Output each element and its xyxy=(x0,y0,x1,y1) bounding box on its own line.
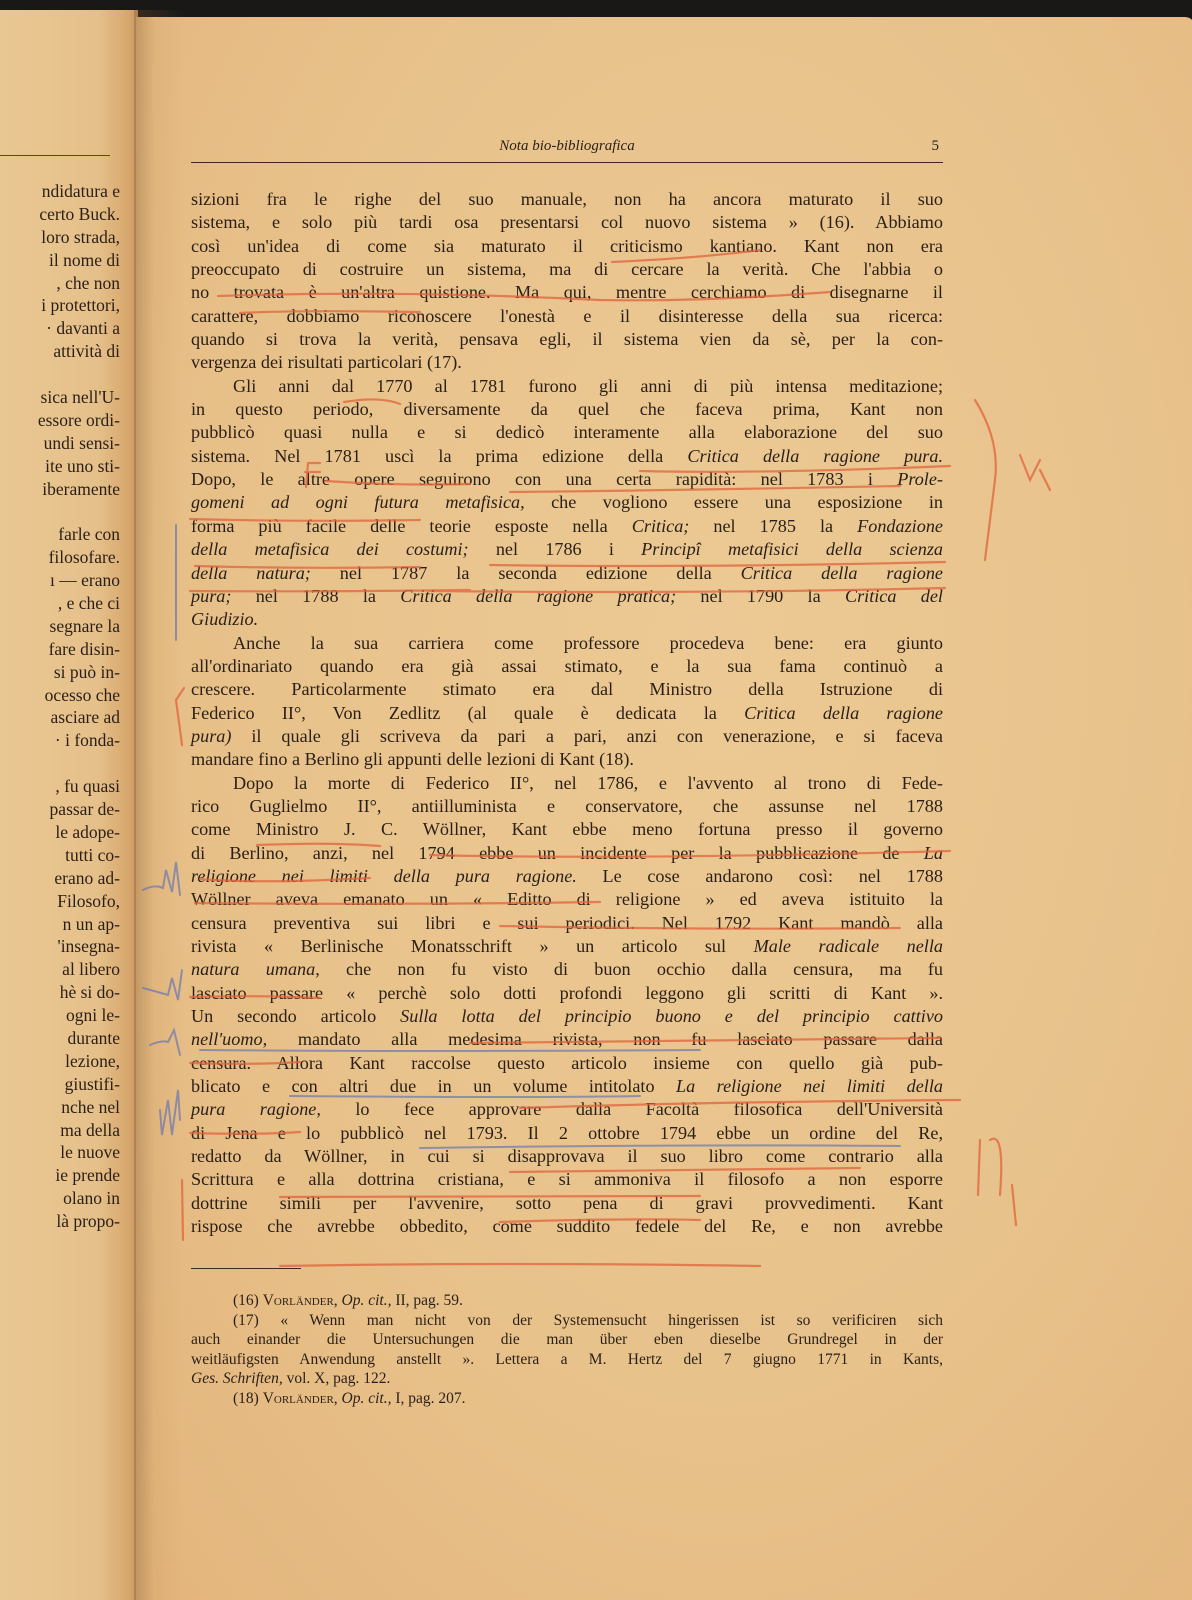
left-page-line: farle con xyxy=(0,523,120,546)
left-page-line: si può in- xyxy=(0,661,120,684)
italic-title: Prole- xyxy=(897,469,943,489)
body-text-run: Dopo, le altre opere seguirono con una c… xyxy=(191,469,897,489)
italic-title: Critica; xyxy=(632,516,690,536)
footnote-run: I, pag. 207. xyxy=(391,1390,465,1407)
left-page-line: durante xyxy=(0,1027,120,1050)
left-page-line: tutti co- xyxy=(0,844,120,867)
left-page-line: 'insegna- xyxy=(0,935,120,958)
italic-title: La xyxy=(924,843,943,863)
body-line: Anche la sua carriera come professore pr… xyxy=(191,632,943,655)
body-text-run: in questo periodo, diversamente da quel … xyxy=(191,399,943,419)
body-text-run: no trovata è un'altra quistione. Ma qui,… xyxy=(191,282,943,302)
body-line: carattere, dobbiamo riconoscere l'onestà… xyxy=(191,305,943,328)
body-line: religione nei limiti della pura ragione.… xyxy=(191,865,943,888)
body-line: Un secondo articolo Sulla lotta del prin… xyxy=(191,1005,943,1028)
body-line: di Berlino, anzi, nel 1794 ebbe un incid… xyxy=(191,842,943,865)
left-page-line: certo Buck. xyxy=(0,203,120,226)
left-page-line: asciare ad xyxy=(0,706,120,729)
left-page-line: attività di xyxy=(0,340,120,363)
left-page-line: ocesso che xyxy=(0,684,120,707)
body-text-run: Wöllner aveva emanato un « Editto di rel… xyxy=(191,889,943,909)
left-page-line: erano ad- xyxy=(0,867,120,890)
footnote-line: (16) Vorländer, Op. cit., II, pag. 59. xyxy=(191,1291,943,1311)
body-text-run: Un secondo articolo xyxy=(191,1006,400,1026)
left-page-header-rule xyxy=(0,155,110,156)
body-line: vergenza dei risultati particolari (17). xyxy=(191,351,943,374)
body-line: forma più facile delle teorie esposte ne… xyxy=(191,515,943,538)
body-text-run: forma più facile delle teorie esposte ne… xyxy=(191,516,632,536)
left-page-line: ie prende xyxy=(0,1164,120,1187)
body-line: pura; nel 1788 la Critica della ragione … xyxy=(191,585,943,608)
left-page-line: loro strada, xyxy=(0,226,120,249)
body-text-run: sistema. Nel 1781 uscì la prima edizione… xyxy=(191,446,687,466)
body-line: Wöllner aveva emanato un « Editto di rel… xyxy=(191,888,943,911)
running-header: Nota bio-bibliografica 5 xyxy=(191,136,943,163)
body-text-run: censura preventiva sui libri e sui perio… xyxy=(191,913,943,933)
body-line: quando si trova la verità, pensava egli,… xyxy=(191,328,943,351)
body-line: rico Guglielmo II°, antiilluminista e co… xyxy=(191,795,943,818)
left-page-line: giustifi- xyxy=(0,1073,120,1096)
left-page-line: ite uno sti- xyxy=(0,455,120,478)
left-page-line xyxy=(0,752,120,775)
body-text-run: dottrine simili per l'avvenire, sotto pe… xyxy=(191,1193,943,1213)
body-line: Federico II°, Von Zedlitz (al quale è de… xyxy=(191,702,943,725)
body-line: come Ministro J. C. Wöllner, Kant ebbe m… xyxy=(191,818,943,841)
footnote-run: II, pag. 59. xyxy=(391,1292,462,1309)
body-text-run: nel 1790 la xyxy=(676,586,845,606)
left-facing-page: ndidatura ecerto Buck.loro strada,il nom… xyxy=(0,10,138,1600)
body-text-run: rico Guglielmo II°, antiilluminista e co… xyxy=(191,796,943,816)
body-text-run: nel 1785 la xyxy=(689,516,857,536)
body-line: sizioni fra le righe del suo manuale, no… xyxy=(191,188,943,211)
body-line: blicato e con altri due in un volume int… xyxy=(191,1075,943,1098)
footnote-run: (18) xyxy=(233,1390,263,1407)
body-text-run: così un'idea di come sia maturato il cri… xyxy=(191,236,943,256)
body-text-run: Scrittura e alla dottrina cristiana, e s… xyxy=(191,1169,943,1189)
body-line: sistema. Nel 1781 uscì la prima edizione… xyxy=(191,445,943,468)
italic-title: religione nei limiti della pura ragione. xyxy=(191,866,577,886)
body-text-run: che non fu visto di buon occhio dalla ce… xyxy=(320,959,943,979)
body-text-run: nel 1786 i xyxy=(469,539,642,559)
italic-title: della natura; xyxy=(191,563,311,583)
body-line: pura) il quale gli scriveva da pari a pa… xyxy=(191,725,943,748)
body-line: all'ordinariato quando era già assai sti… xyxy=(191,655,943,678)
body-text-run: Federico II°, Von Zedlitz (al quale è de… xyxy=(191,703,744,723)
body-text-run: sizioni fra le righe del suo manuale, no… xyxy=(191,189,943,209)
footnote-run: (16) xyxy=(233,1292,263,1309)
running-header-title: Nota bio-bibliografica xyxy=(191,138,943,155)
body-text-run: rivista « Berlinische Monatsschrift » un… xyxy=(191,936,754,956)
left-page-line: iberamente xyxy=(0,478,120,501)
footnote-line: Ges. Schriften, vol. X, pag. 122. xyxy=(191,1369,943,1389)
body-text-run: censura. Allora Kant raccolse questo art… xyxy=(191,1053,943,1073)
body-text-run: mandare fino a Berlino gli appunti delle… xyxy=(191,749,634,769)
body-line: preoccupato di costruire un sistema, ma … xyxy=(191,258,943,281)
italic-title: natura umana, xyxy=(191,959,320,979)
main-body-text: sizioni fra le righe del suo manuale, no… xyxy=(191,188,943,1238)
left-page-line: hè si do- xyxy=(0,981,120,1004)
body-line: in questo periodo, diversamente da quel … xyxy=(191,398,943,421)
body-text-run: redatto da Wöllner, in cui si disapprova… xyxy=(191,1146,943,1166)
body-line: Dopo la morte di Federico II°, nel 1786,… xyxy=(191,772,943,795)
body-line: rispose che avrebbe obbedito, come suddi… xyxy=(191,1215,943,1238)
body-line: nell'uomo, mandato alla medesima rivista… xyxy=(191,1028,943,1051)
italic-title: Giudizio. xyxy=(191,609,258,629)
body-line: censura. Allora Kant raccolse questo art… xyxy=(191,1052,943,1075)
body-line: natura umana, che non fu visto di buon o… xyxy=(191,958,943,981)
footnotes: (16) Vorländer, Op. cit., II, pag. 59.(1… xyxy=(191,1291,943,1408)
body-text-run: blicato e con altri due in un volume int… xyxy=(191,1076,676,1096)
body-line: lasciato passare « perchè solo dotti pro… xyxy=(191,982,943,1005)
body-line: della natura; nel 1787 la seconda edizio… xyxy=(191,562,943,585)
left-page-line: ogni le- xyxy=(0,1004,120,1027)
left-page-line: le nuove xyxy=(0,1141,120,1164)
footnote-separator xyxy=(191,1268,301,1269)
italic-title: Critica della ragione xyxy=(744,703,943,723)
left-page-line: al libero xyxy=(0,958,120,981)
body-text-run: lo fece approvare dalla Facoltà filosofi… xyxy=(321,1099,943,1119)
left-page-line: segnare la xyxy=(0,615,120,638)
body-text-run: pubblicò quasi nulla e si dedicò interam… xyxy=(191,422,943,442)
body-text-run: sistema, e solo più tardi osa presentars… xyxy=(191,212,943,232)
body-line: no trovata è un'altra quistione. Ma qui,… xyxy=(191,281,943,304)
body-text-run: nel 1788 la xyxy=(231,586,400,606)
footnote-line: (17) « Wenn man nicht von der Systemensu… xyxy=(191,1311,943,1331)
left-page-line: lezione, xyxy=(0,1050,120,1073)
body-line: pura ragione, lo fece approvare dalla Fa… xyxy=(191,1098,943,1121)
body-text-run: Dopo la morte di Federico II°, nel 1786,… xyxy=(233,773,943,793)
italic-title: Critica della ragione xyxy=(741,563,943,583)
body-line: Dopo, le altre opere seguirono con una c… xyxy=(191,468,943,491)
left-page-line: ndidatura e xyxy=(0,180,120,203)
book-gutter xyxy=(134,10,184,1600)
body-text-run: preoccupato di costruire un sistema, ma … xyxy=(191,259,943,279)
body-text-run: nel 1787 la seconda edizione della xyxy=(311,563,741,583)
left-page-line: · davanti a xyxy=(0,317,120,340)
left-page-line: n un ap- xyxy=(0,913,120,936)
body-line: dottrine simili per l'avvenire, sotto pe… xyxy=(191,1192,943,1215)
left-page-line: undi sensi- xyxy=(0,432,120,455)
left-page-line: là propo- xyxy=(0,1210,120,1233)
body-text-run: crescere. Particolarmente stimato era da… xyxy=(191,679,943,699)
left-page-line: fare disin- xyxy=(0,638,120,661)
left-page-line: i protettori, xyxy=(0,294,120,317)
italic-title: pura; xyxy=(191,586,231,606)
body-line: mandare fino a Berlino gli appunti delle… xyxy=(191,748,943,771)
italic-title: pura ragione, xyxy=(191,1099,321,1119)
footnote-run: Op. cit., xyxy=(342,1390,392,1407)
body-text-run: come Ministro J. C. Wöllner, Kant ebbe m… xyxy=(191,819,943,839)
italic-title: Sulla lotta del principio buono e del pr… xyxy=(400,1006,943,1026)
body-text-run: lasciato passare « perchè solo dotti pro… xyxy=(191,983,943,1003)
body-line: Gli anni dal 1770 al 1781 furono gli ann… xyxy=(191,375,943,398)
body-line: pubblicò quasi nulla e si dedicò interam… xyxy=(191,421,943,444)
body-line: crescere. Particolarmente stimato era da… xyxy=(191,678,943,701)
footnote-run: vol. X, pag. 122. xyxy=(283,1370,391,1387)
footnote-run: weitläufigsten Anwendung anstellt ». Let… xyxy=(191,1351,943,1368)
italic-title: Male radicale nella xyxy=(754,936,943,956)
body-line: della metafisica dei costumi; nel 1786 i… xyxy=(191,538,943,561)
body-line: di Jena e lo pubblicò nel 1793. Il 2 ott… xyxy=(191,1122,943,1145)
italic-title: Critica della ragione pratica; xyxy=(400,586,676,606)
body-text-run: di Berlino, anzi, nel 1794 ebbe un incid… xyxy=(191,843,924,863)
footnote-run: Vorländer, xyxy=(263,1390,338,1407)
footnote-line: weitläufigsten Anwendung anstellt ». Let… xyxy=(191,1350,943,1370)
body-text-run: Anche la sua carriera come professore pr… xyxy=(233,633,943,653)
body-line: sistema, e solo più tardi osa presentars… xyxy=(191,211,943,234)
body-text-run: quando si trova la verità, pensava egli,… xyxy=(191,329,943,349)
italic-title: Fondazione xyxy=(857,516,943,536)
body-text-run: carattere, dobbiamo riconoscere l'onestà… xyxy=(191,306,943,326)
footnote-line: auch einander die Untersuchungen die man… xyxy=(191,1330,943,1350)
body-line: rivista « Berlinische Monatsschrift » un… xyxy=(191,935,943,958)
footnote-line: (18) Vorländer, Op. cit., I, pag. 207. xyxy=(191,1389,943,1409)
footnote-run: auch einander die Untersuchungen die man… xyxy=(191,1331,943,1348)
footnote-run: Vorländer, xyxy=(263,1292,338,1309)
italic-title: Critica del xyxy=(845,586,943,606)
left-page-line: le adope- xyxy=(0,821,120,844)
body-text-run: all'ordinariato quando era già assai sti… xyxy=(191,656,943,676)
body-line: censura preventiva sui libri e sui perio… xyxy=(191,912,943,935)
italic-title: gomeni ad ogni futura metafisica, xyxy=(191,492,525,512)
body-line: Giudizio. xyxy=(191,608,943,631)
left-page-line xyxy=(0,500,120,523)
left-page-line: Filosofo, xyxy=(0,890,120,913)
left-page-line: , e che ci xyxy=(0,592,120,615)
body-text-run: Gli anni dal 1770 al 1781 furono gli ann… xyxy=(233,376,943,396)
italic-title: Critica della ragione pura. xyxy=(687,446,943,466)
left-page-line: essore ordi- xyxy=(0,409,120,432)
italic-title: della metafisica dei costumi; xyxy=(191,539,469,559)
body-text-run: Le cose andarono così: nel 1788 xyxy=(577,866,943,886)
body-text-run: vergenza dei risultati particolari (17). xyxy=(191,352,462,372)
left-page-text-column: ndidatura ecerto Buck.loro strada,il nom… xyxy=(0,180,120,1233)
body-text-run: rispose che avrebbe obbedito, come suddi… xyxy=(191,1216,943,1236)
body-line: gomeni ad ogni futura metafisica, che vo… xyxy=(191,491,943,514)
italic-title: pura) xyxy=(191,726,231,746)
left-page-line: , fu quasi xyxy=(0,775,120,798)
left-page-line: · i fonda- xyxy=(0,729,120,752)
left-page-line: nche nel xyxy=(0,1096,120,1119)
left-page-line: filosofare. xyxy=(0,546,120,569)
left-page-line: il nome di xyxy=(0,249,120,272)
left-page-line: ma della xyxy=(0,1119,120,1142)
left-page-line: sica nell'U- xyxy=(0,386,120,409)
body-text-run: di Jena e lo pubblicò nel 1793. Il 2 ott… xyxy=(191,1123,943,1143)
footnote-run: (17) « Wenn man nicht von der Systemensu… xyxy=(233,1312,943,1329)
body-text-run: mandato alla medesima rivista, non fu la… xyxy=(267,1029,943,1049)
body-text-run: che vogliono essere una esposizione in xyxy=(525,492,943,512)
left-page-line xyxy=(0,363,120,386)
page-number: 5 xyxy=(932,138,940,155)
body-line: Scrittura e alla dottrina cristiana, e s… xyxy=(191,1168,943,1191)
body-text-run: il quale gli scriveva da pari a pari, an… xyxy=(231,726,943,746)
italic-title: Principî metafisici della scienza xyxy=(641,539,943,559)
left-page-line: olano in xyxy=(0,1187,120,1210)
left-page-line: passar de- xyxy=(0,798,120,821)
italic-title: La religione nei limiti della xyxy=(676,1076,943,1096)
left-page-line: ı — erano xyxy=(0,569,120,592)
footnote-run: Op. cit., xyxy=(342,1292,392,1309)
body-line: redatto da Wöllner, in cui si disapprova… xyxy=(191,1145,943,1168)
body-line: così un'idea di come sia maturato il cri… xyxy=(191,235,943,258)
footnote-run: Ges. Schriften, xyxy=(191,1370,283,1387)
italic-title: nell'uomo, xyxy=(191,1029,267,1049)
left-page-line: , che non xyxy=(0,272,120,295)
